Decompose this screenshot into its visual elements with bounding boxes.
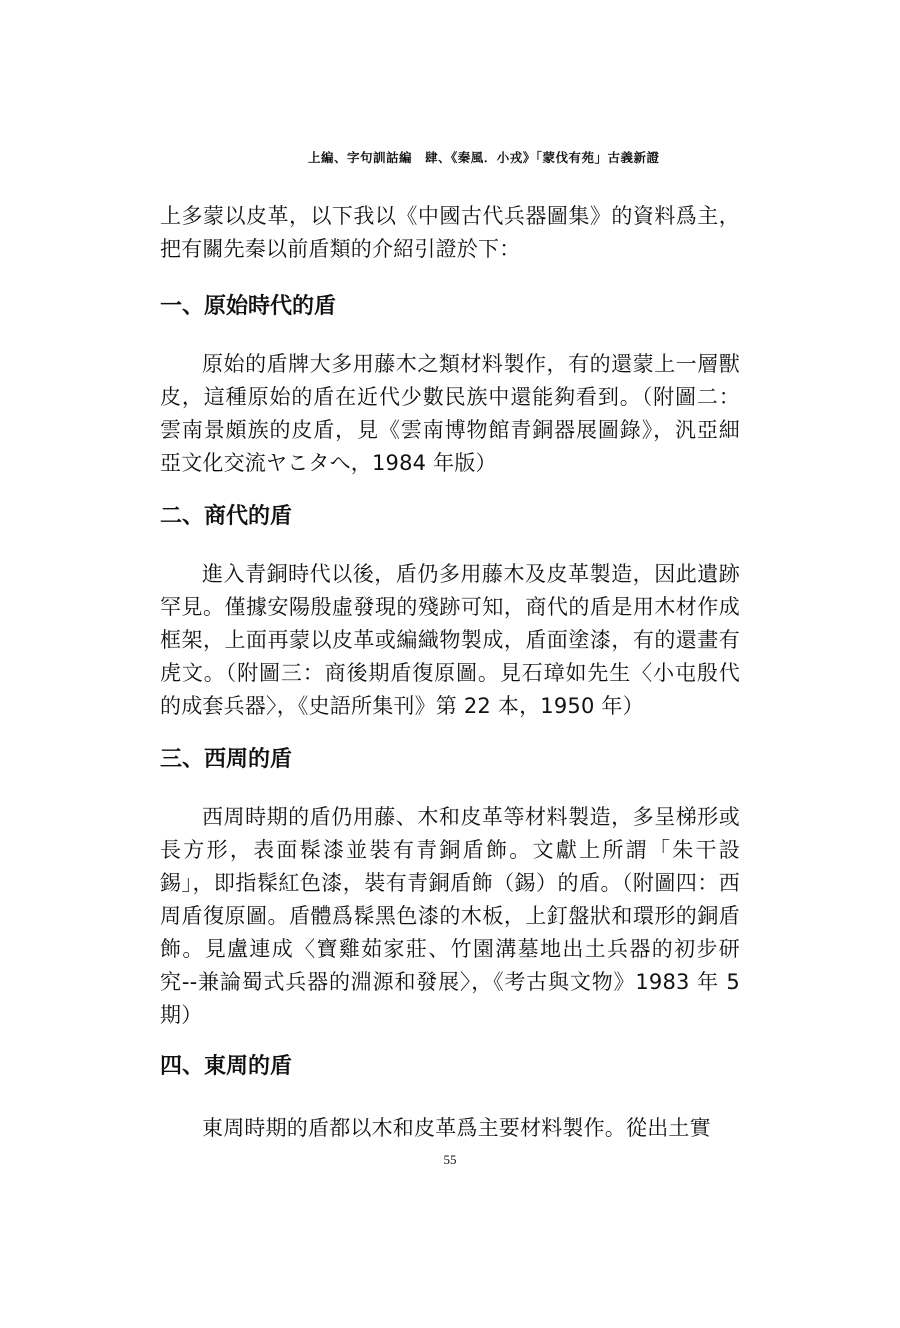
section-paragraph-shang: 進入青銅時代以後，盾仍多用藤木及皮革製造，因此遺跡罕見。僅據安陽殷虛發現的殘跡可…: [160, 558, 740, 723]
section-paragraph-western-zhou: 西周時期的盾仍用藤、木和皮革等材料製造，多呈梯形或長方形，表面髹漆並裝有青銅盾飾…: [160, 801, 740, 1032]
section-paragraph-eastern-zhou: 東周時期的盾都以木和皮革爲主要材料製作。從出土實: [160, 1112, 740, 1145]
section-paragraph-primitive: 原始的盾牌大多用藤木之類材料製作，有的還蒙上一層獸皮，這種原始的盾在近代少數民族…: [160, 348, 740, 480]
running-header: 上編、字句訓詁編 肆、《秦風．小戎》「蒙伐有苑」古義新證: [308, 148, 748, 166]
intro-paragraph: 上多蒙以皮革，以下我以《中國古代兵器圖集》的資料爲主，把有關先秦以前盾類的介紹引…: [160, 200, 740, 266]
section-heading-eastern-zhou: 四、東周的盾: [160, 1052, 740, 1082]
page-body: 上多蒙以皮革，以下我以《中國古代兵器圖集》的資料爲主，把有關先秦以前盾類的介紹引…: [160, 200, 740, 1145]
section-heading-shang: 二、商代的盾: [160, 502, 740, 532]
section-heading-western-zhou: 三、西周的盾: [160, 745, 740, 775]
section-heading-primitive: 一、原始時代的盾: [160, 292, 740, 322]
page-number: 55: [0, 1152, 900, 1168]
